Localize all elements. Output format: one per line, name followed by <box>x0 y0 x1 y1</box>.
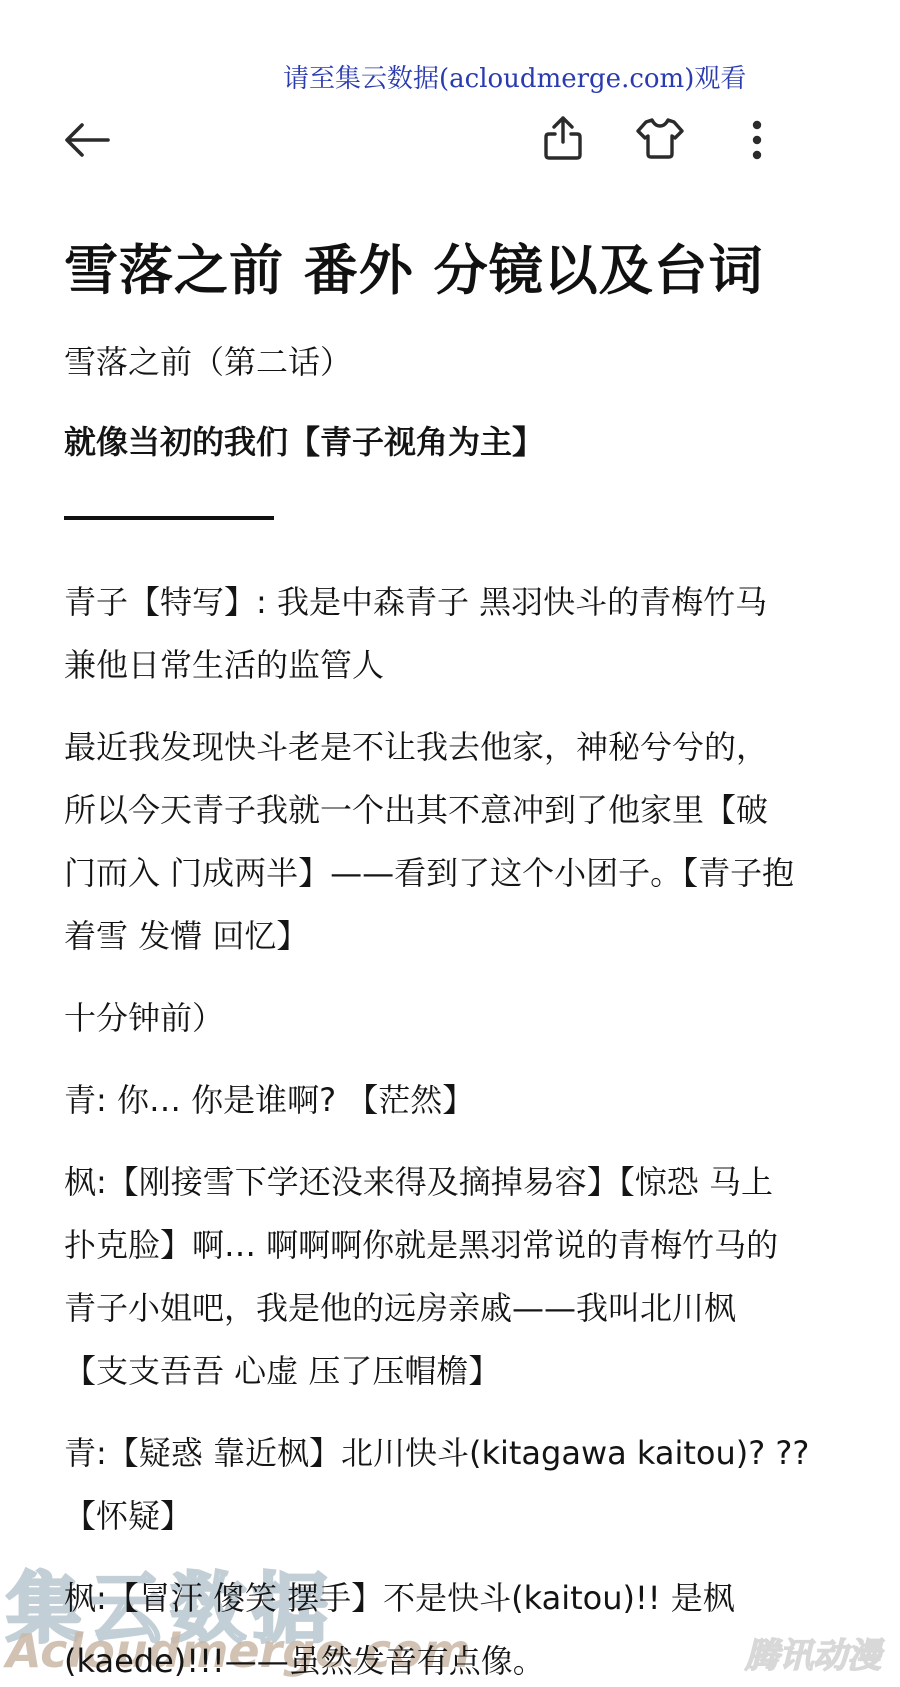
script-line: 所以今天青子我就一个出其不意冲到了他家里【破 <box>64 790 768 830</box>
script-line: 青子小姐吧，我是他的远房亲戚——我叫北川枫 <box>64 1288 736 1328</box>
script-line: 最近我发现快斗老是不让我去他家，神秘兮兮的， <box>64 727 768 767</box>
back-button[interactable] <box>57 110 117 170</box>
more-vertical-icon <box>751 118 763 162</box>
share-button[interactable] <box>533 108 593 168</box>
script-line: 枫:【冒汗 傻笑 摆手】不是快斗(kaitou)!! 是枫 <box>64 1578 735 1618</box>
script-line: 着雪 发懵 回忆】 <box>64 916 308 956</box>
script-line: (kaede)!!!——虽然发音有点像。 <box>64 1641 545 1681</box>
theme-button[interactable] <box>630 108 690 168</box>
more-options-button[interactable] <box>727 110 787 170</box>
script-line: 兼他日常生活的监管人 <box>64 645 384 685</box>
section-divider <box>64 516 274 520</box>
script-line: 青: 你… 你是谁啊? 【茫然】 <box>64 1080 474 1120</box>
script-line: 门而入 门成两半】——看到了这个小团子。【青子抱 <box>64 853 794 893</box>
share-upload-icon <box>541 114 585 162</box>
script-line: 青子【特写】: 我是中森青子 黑羽快斗的青梅竹马 <box>64 582 767 622</box>
script-line: 十分钟前） <box>64 998 224 1038</box>
arrow-left-icon <box>62 120 112 160</box>
chapter-heading: 就像当初的我们【青子视角为主】 <box>64 422 544 462</box>
script-line: 【怀疑】 <box>64 1496 192 1536</box>
script-line: 青:【疑惑 靠近枫】北川快斗(kitagawa kaitou)? ?? <box>64 1433 809 1473</box>
script-line: 扑克脸】啊… 啊啊啊你就是黑羽常说的青梅竹马的 <box>64 1225 778 1265</box>
episode-subtitle: 雪落之前（第二话） <box>64 342 352 382</box>
t-shirt-icon <box>635 116 685 160</box>
script-line: 【支支吾吾 心虚 压了压帽檐】 <box>64 1351 500 1391</box>
watermark-notice: 请至集云数据(acloudmerge.com)观看 <box>283 58 746 95</box>
page-title: 雪落之前 番外 分镜以及台词 <box>64 228 764 305</box>
script-line: 枫:【刚接雪下学还没来得及摘掉易容】【惊恐 马上 <box>64 1162 773 1202</box>
app-bar <box>0 110 900 190</box>
watermark-tencent: 腾讯动漫 <box>745 1628 881 1677</box>
